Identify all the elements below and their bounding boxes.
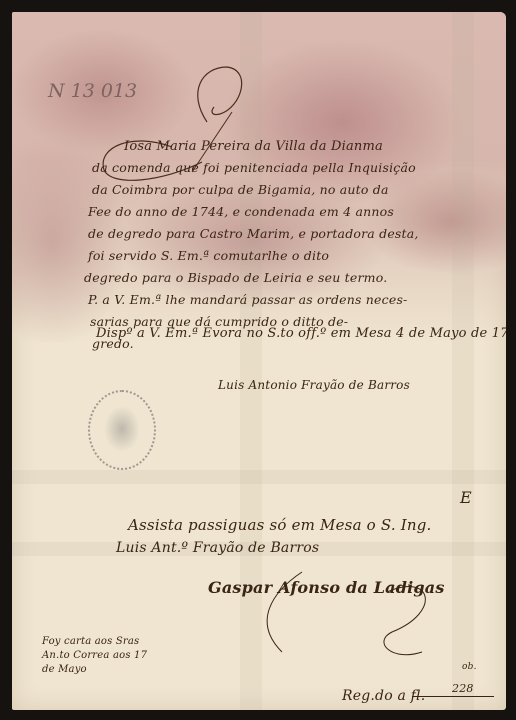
margin-note-line: Foy carta aos Sras bbox=[42, 636, 139, 647]
fold-line-horizontal bbox=[12, 470, 506, 484]
margin-note-line: An.to Correa aos 17 bbox=[42, 650, 147, 661]
petition-line: Iosa Maria Pereira da Villa da Dianma bbox=[124, 140, 383, 153]
second-dispatch-mark: E bbox=[460, 488, 472, 507]
petition-line: da comenda que foi penitenciada pella In… bbox=[92, 162, 416, 175]
signature-flourish-icon bbox=[192, 552, 452, 672]
registry-superscript: ob. bbox=[462, 662, 477, 672]
petition-line: foi servido S. Em.ª comutarlhe o dito bbox=[88, 250, 329, 263]
petition-line: degredo para o Bispado de Leiria e seu t… bbox=[84, 272, 387, 285]
seal-figure-icon bbox=[104, 406, 140, 452]
registry-underline bbox=[412, 696, 494, 697]
petition-line: da Coimbra por culpa de Bigamia, no auto… bbox=[92, 184, 389, 197]
registry-folio: 228 bbox=[452, 682, 474, 695]
manuscript-page: N 13 013 Iosa Maria Pereira da Villa da … bbox=[12, 12, 506, 710]
petition-line: Fee do anno de 1744, e condenada em 4 an… bbox=[88, 206, 394, 219]
second-dispatch-line: Assista passiguas só em Mesa o S. Ing. bbox=[128, 516, 432, 534]
petition-line: P. a V. Em.ª lhe mandará passar as orden… bbox=[88, 294, 407, 307]
archive-seal bbox=[88, 390, 156, 470]
margin-note-line: de Mayo bbox=[42, 664, 87, 675]
fold-line-vertical bbox=[452, 12, 474, 710]
dispatch-text: Dispº a V. Em.ª Evora no S.to off.º em M… bbox=[96, 326, 496, 341]
signature-1: Luis Antonio Frayão de Barros bbox=[218, 378, 410, 392]
petition-line: de degredo para Castro Marim, e portador… bbox=[88, 228, 419, 241]
